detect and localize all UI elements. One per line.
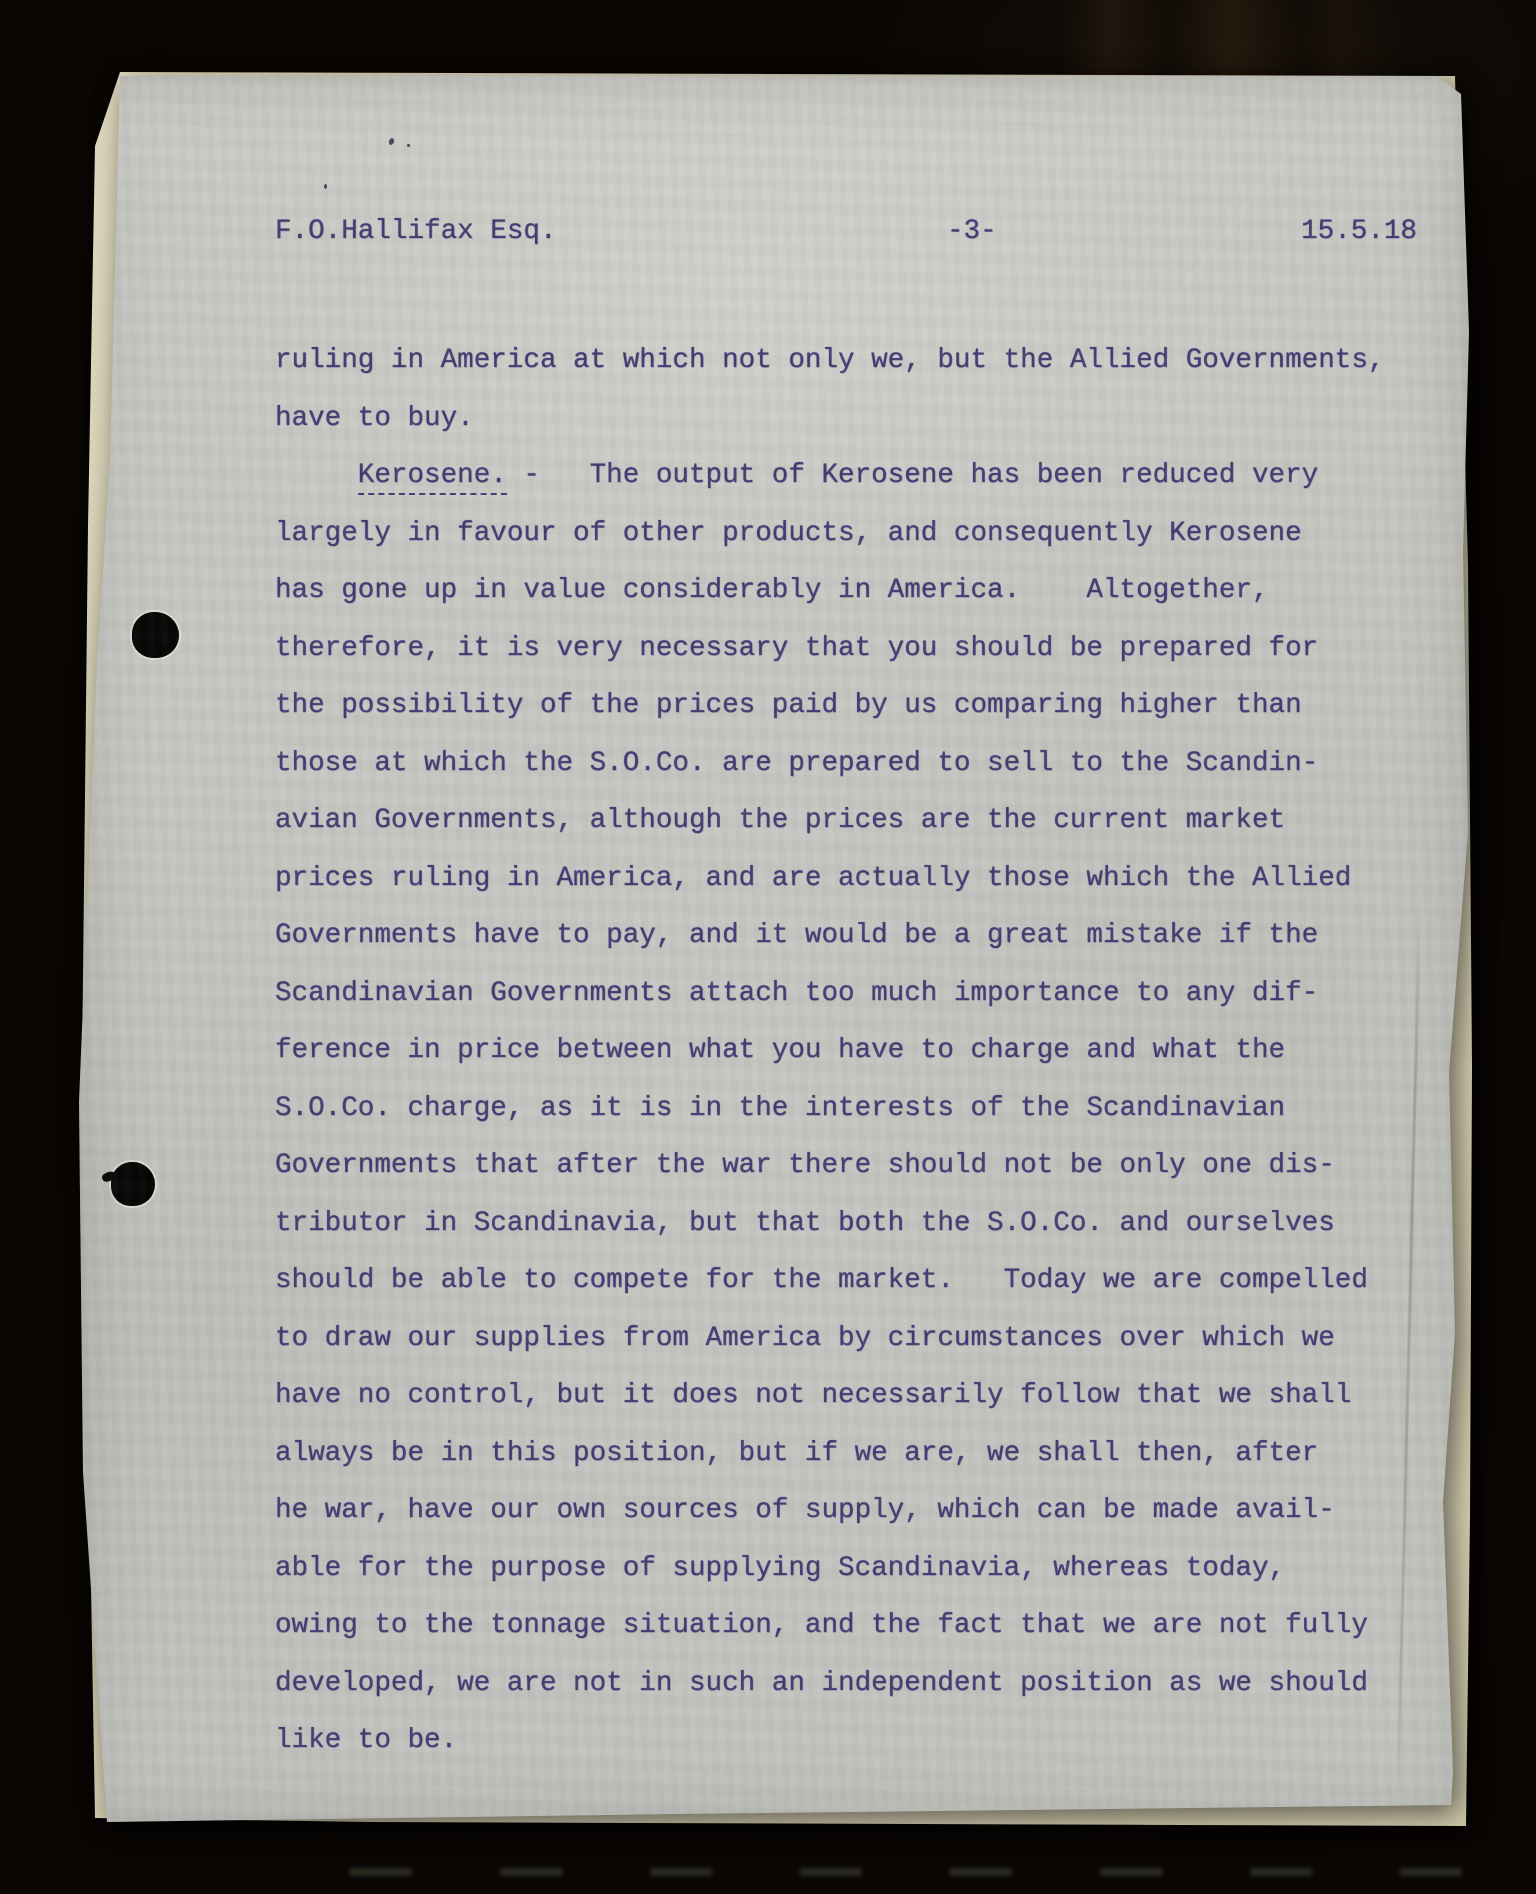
hole-punch-top [132,612,179,658]
body-line: S.O.Co. charge, as it is in the interest… [275,1080,1421,1138]
header-page-number: -3- [947,215,997,249]
header-row: F.O.Hallifax Esq. -3- 15.5.18 [275,215,1421,249]
paper-tear [101,1169,117,1183]
body-line: those at which the S.O.Co. are prepared … [275,735,1421,793]
hole-punch-bottom [111,1162,155,1206]
ink-speck [324,184,327,189]
body-line: to draw our supplies from America by cir… [275,1310,1421,1368]
body-line: tributor in Scandinavia, but that both t… [275,1195,1421,1253]
body-line: has gone up in value considerably in Ame… [275,562,1421,620]
body-line: ruling in America at which not only we, … [275,332,1421,390]
body-line: Governments that after the war there sho… [275,1137,1421,1195]
body-line: like to be. [275,1712,1421,1770]
body-line: always be in this position, but if we ar… [275,1425,1421,1483]
body-line: largely in favour of other products, and… [275,505,1421,563]
body-line: Governments have to pay, and it would be… [275,907,1421,965]
body-line: he war, have our own sources of supply, … [275,1482,1421,1540]
paper-sheet-wrap: F.O.Hallifax Esq. -3- 15.5.18 ruling in … [0,0,1536,1894]
body-line: have no control, but it does not necessa… [275,1367,1421,1425]
scanned-document-page: { "colors": { "ink": "#413a72", "paper":… [0,0,1536,1894]
body-line: therefore, it is very necessary that you… [275,620,1421,678]
body-line: have to buy. [275,390,1421,448]
body-line: should be able to compete for the market… [275,1252,1421,1310]
ink-speck [182,1831,189,1837]
body-line: owing to the tonnage situation, and the … [275,1597,1421,1655]
body-lines: ruling in America at which not only we, … [275,332,1421,1770]
header-date: 15.5.18 [1301,215,1417,249]
body-line: Scandinavian Governments attach too much… [275,965,1421,1023]
ink-speck [388,137,395,145]
body-line: developed, we are not in such an indepen… [275,1655,1421,1713]
ink-speck [407,144,410,147]
body-line: able for the purpose of supplying Scandi… [275,1540,1421,1598]
body-line: the possibility of the prices paid by us… [275,677,1421,735]
header-recipient: F.O.Hallifax Esq. [275,215,557,249]
body-line: Kerosene. - The output of Kerosene has b… [275,447,1421,505]
body-line: ference in price between what you have t… [275,1022,1421,1080]
body-line: prices ruling in America, and are actual… [275,850,1421,908]
body-line: avian Governments, although the prices a… [275,792,1421,850]
paper-sheet: F.O.Hallifax Esq. -3- 15.5.18 ruling in … [77,72,1473,1828]
